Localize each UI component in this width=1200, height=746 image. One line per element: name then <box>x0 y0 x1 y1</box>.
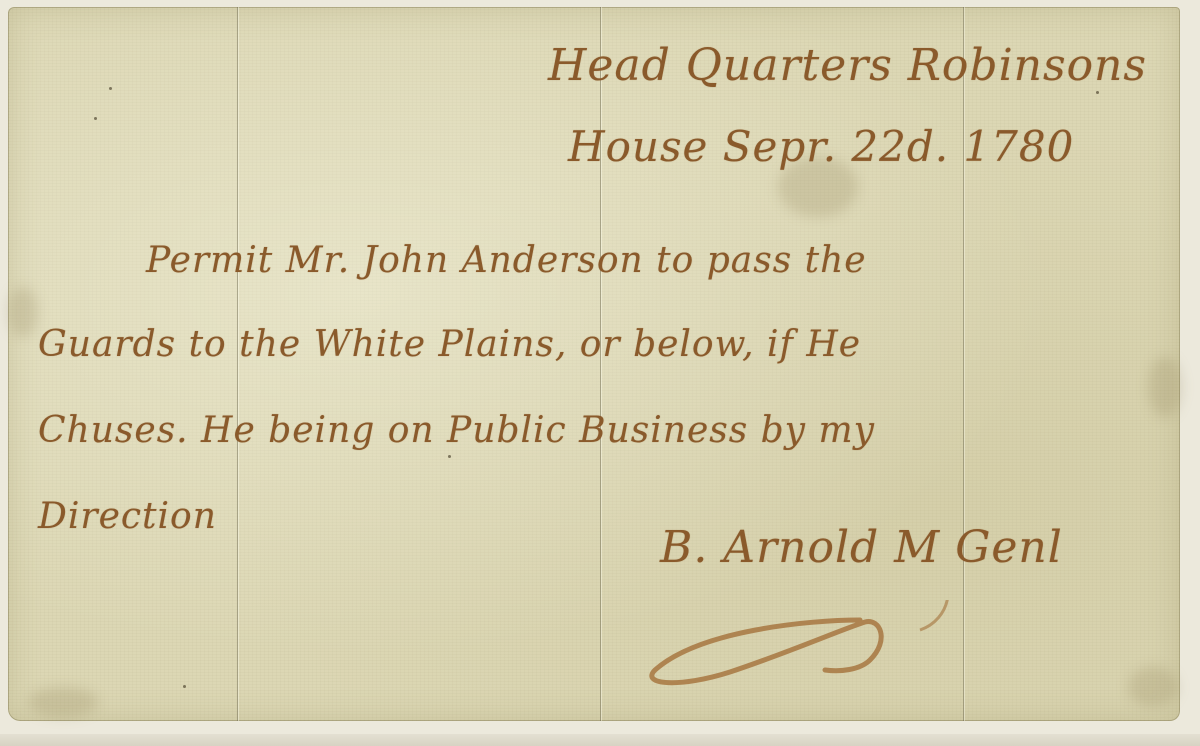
frame-mat-edge <box>0 734 1200 746</box>
body-line-3: Chuses. He being on Public Business by m… <box>38 410 875 451</box>
paper-speck <box>109 87 112 90</box>
paper-speck <box>1096 91 1099 94</box>
paper-speck <box>94 117 97 120</box>
body-line-2: Guards to the White Plains, or below, if… <box>38 324 861 365</box>
signature-flourish-icon <box>640 600 980 690</box>
heading-location: Head Quarters Robinsons <box>548 40 1147 91</box>
body-line-4: Direction <box>38 496 217 537</box>
water-stain <box>8 287 38 337</box>
paper-speck <box>183 685 186 688</box>
heading-date: House Sepr. 22d. 1780 <box>568 122 1074 171</box>
body-line-1: Permit Mr. John Anderson to pass the <box>146 240 867 281</box>
paper-speck <box>448 455 451 458</box>
water-stain <box>28 687 98 717</box>
signature: B. Arnold M Genl <box>660 522 1063 573</box>
water-stain <box>1128 667 1178 707</box>
water-stain <box>1148 357 1182 417</box>
